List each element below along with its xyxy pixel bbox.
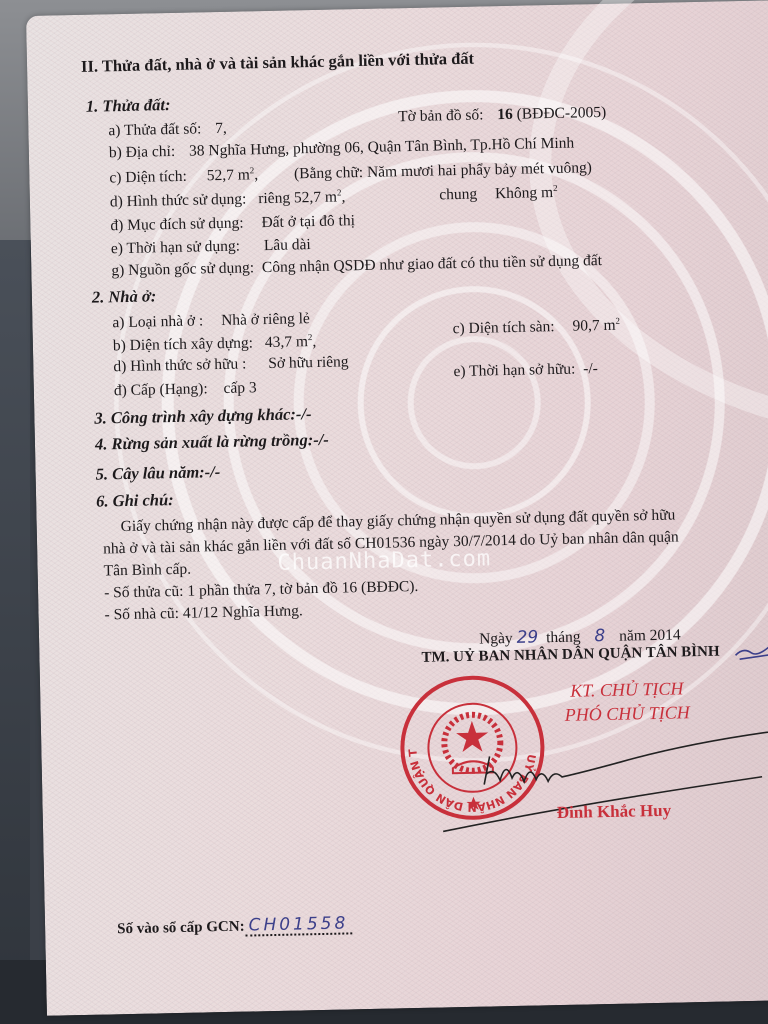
map-sheet-note: (BĐĐC-2005) <box>517 104 607 123</box>
built-area-row: b) Diện tích xây dựng: 43,7 m2, <box>113 332 317 355</box>
map-sheet-label: Tờ bản đồ số: <box>398 106 484 125</box>
authority: TM. UỶ BAN NHÂN DÂN QUẬN TÂN BÌNH <box>421 644 719 667</box>
built-area-value: 43,7 m <box>265 333 308 351</box>
sq-sup: 2 <box>615 316 620 326</box>
note-line-4: - Số thửa cũ: 1 phần thửa 7, tờ bản đồ 1… <box>104 578 419 603</box>
day-value: 29 <box>516 627 538 647</box>
certificate-content: II. Thửa đất, nhà ở và tài sản khác gắn … <box>107 30 768 44</box>
address-value: 38 Nghĩa Hưng, phường 06, Quận Tân Bình,… <box>189 135 575 160</box>
site-watermark: ChuanNhaDat.com <box>277 546 491 575</box>
address-label: b) Địa chỉ: <box>109 143 176 161</box>
usage-shared: Không m <box>495 184 553 202</box>
plot-no-label: a) Thửa đất số: <box>108 120 201 139</box>
usage-form-row: d) Hình thức sử dụng: riêng 52,7 m2, chu… <box>110 183 558 212</box>
forest-heading: 4. Rừng sản xuất là rừng trồng:-/- <box>95 430 329 455</box>
grade-row: đ) Cấp (Hạng): cấp 3 <box>114 379 257 400</box>
ownership-label: d) Hình thức sở hữu : <box>113 355 246 375</box>
ownership-row: d) Hình thức sở hữu : Sở hữu riêng <box>113 353 349 376</box>
grade-label: đ) Cấp (Hạng): <box>114 380 208 399</box>
floor-area-row: c) Diện tích sàn: 90,7 m2 <box>452 316 620 339</box>
section-title: II. Thửa đất, nhà ở và tài sản khác gắn … <box>81 49 474 77</box>
sq-sup: 2 <box>553 183 558 193</box>
note-line-3: Tân Bình cấp. <box>103 561 191 581</box>
month-label: tháng <box>546 629 581 647</box>
plot-no-value: 7, <box>215 120 227 137</box>
house-heading: 2. Nhà ở: <box>92 286 157 307</box>
drum-ring-watermark <box>523 0 768 449</box>
background-fabric <box>0 240 30 1024</box>
day-label: Ngày <box>479 630 513 648</box>
perennial-heading: 5. Cây lâu năm:-/- <box>95 462 220 485</box>
area-suffix: , <box>254 166 258 183</box>
origin-label: g) Nguồn gốc sử dụng: <box>111 259 254 279</box>
year-label: năm 2014 <box>619 626 681 644</box>
term-row: e) Thời hạn sử dụng: Lâu dài <box>111 236 311 258</box>
ownership-value: Sở hữu riêng <box>268 353 349 372</box>
registry-number: CH01558 <box>248 913 348 935</box>
grade-value: cấp 3 <box>223 379 256 397</box>
house-type-value: Nhà ở riêng lẻ <box>221 310 310 329</box>
purpose-label: đ) Mục đích sử dụng: <box>110 214 244 234</box>
area-value: 52,7 m <box>207 167 250 185</box>
sq-sup: 2 <box>337 187 342 197</box>
registry-number-field: CH01558 <box>244 916 352 936</box>
sq-sup: 2 <box>308 332 313 342</box>
map-sheet-value: 16 <box>497 106 513 123</box>
own-term-row: e) Thời hạn sở hữu: -/- <box>453 360 598 381</box>
initial-mark-icon <box>733 642 768 661</box>
house-type-row: a) Loại nhà ở : Nhà ở riêng lẻ <box>112 310 310 332</box>
notes-heading: 6. Ghi chú: <box>96 490 174 512</box>
origin-value: Công nhận QSDĐ như giao đất có thu tiền … <box>262 252 602 276</box>
month-value: 8 <box>594 626 605 646</box>
house-type-label: a) Loại nhà ở : <box>112 312 203 331</box>
certificate-page: II. Thửa đất, nhà ở và tài sản khác gắn … <box>26 0 768 1016</box>
area-words: (Bằng chữ: Năm mươi hai phẩy bảy mét vuô… <box>294 159 592 182</box>
map-sheet-row: Tờ bản đồ số: 16 (BĐĐC-2005) <box>398 104 606 126</box>
note-line-5: - Số nhà cũ: 41/12 Nghĩa Hưng. <box>104 602 303 624</box>
usage-private: riêng 52,7 m <box>258 189 337 208</box>
usage-shared-label: chung <box>439 186 477 204</box>
purpose-row: đ) Mục đích sử dụng: Đất ở tại đô thị <box>110 212 355 235</box>
registry-row: Số vào sổ cấp GCN:CH01558 <box>117 913 353 938</box>
plot-no-row: a) Thửa đất số: 7, <box>108 120 227 140</box>
built-area-label: b) Diện tích xây dựng: <box>113 334 253 354</box>
floor-area-value: 90,7 m <box>572 317 615 335</box>
own-term-label: e) Thời hạn sở hữu: <box>453 361 575 381</box>
own-term-value: -/- <box>583 360 598 377</box>
other-works-heading: 3. Công trình xây dựng khác:-/- <box>94 404 311 429</box>
purpose-value: Đất ở tại đô thị <box>261 212 355 231</box>
term-value: Lâu dài <box>264 236 311 254</box>
term-label: e) Thời hạn sử dụng: <box>111 238 240 258</box>
registry-label: Số vào sổ cấp GCN: <box>117 919 245 938</box>
usage-form-label: d) Hình thức sử dụng: <box>110 191 247 211</box>
land-heading: 1. Thửa đất: <box>86 95 171 117</box>
signer-name: Đinh Khắc Huy <box>557 801 672 823</box>
floor-area-label: c) Diện tích sàn: <box>452 318 554 337</box>
area-label: c) Diện tích: <box>109 168 187 187</box>
